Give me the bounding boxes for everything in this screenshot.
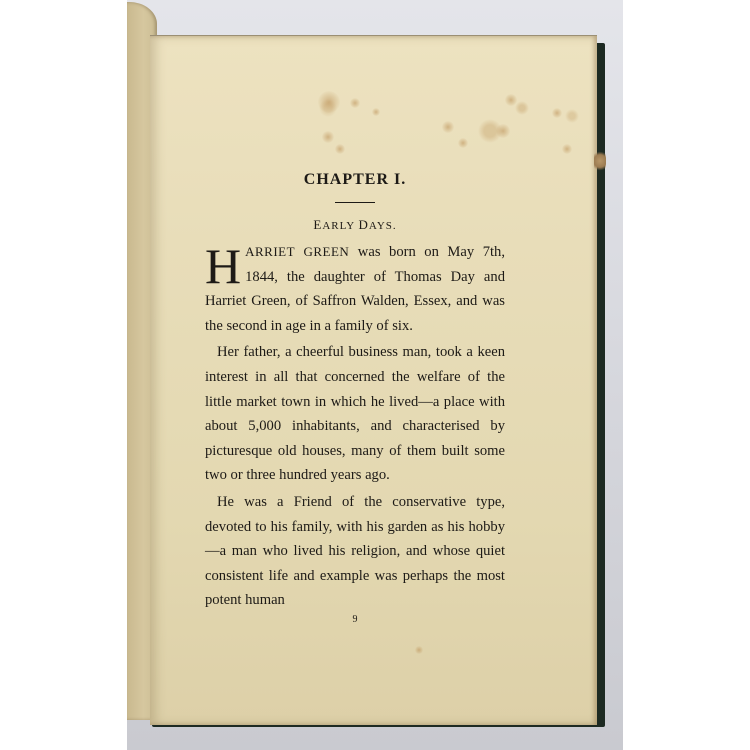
paragraph-3: He was a Friend of the conservative type…: [205, 490, 505, 613]
section-title-part: ARLY: [322, 220, 358, 232]
foxing-stain: [496, 124, 510, 138]
foxing-stain: [562, 144, 572, 154]
page-number: 9: [205, 614, 505, 625]
foxing-stain: [350, 98, 360, 108]
drop-cap: H: [205, 244, 241, 286]
section-title-initial: D: [359, 217, 369, 232]
photo-scene: CHAPTER I. EARLY DAYS. HARRIET GREEN was…: [0, 0, 750, 750]
page-text: CHAPTER I. EARLY DAYS. HARRIET GREEN was…: [205, 168, 505, 613]
foxing-stain: [318, 91, 340, 113]
chapter-heading: CHAPTER I.: [205, 168, 505, 192]
foxing-stain: [335, 144, 345, 154]
section-title: EARLY DAYS.: [205, 215, 505, 236]
foxing-stain: [458, 138, 468, 148]
paragraph-1: HARRIET GREEN was born on May 7th, 1844,…: [205, 240, 505, 338]
heading-rule: [335, 202, 375, 203]
foxing-stain: [415, 646, 423, 654]
foxing-stain: [552, 108, 562, 118]
paragraph-2: Her father, a cheerful business man, too…: [205, 340, 505, 488]
foxing-stain: [322, 131, 334, 143]
foxing-stain: [442, 121, 454, 133]
opening-name: ARRIET GREEN: [245, 244, 349, 259]
frayed-page-edge: [594, 150, 606, 172]
section-title-initial: E: [313, 217, 322, 232]
foxing-stain: [372, 108, 380, 116]
section-title-part: AYS.: [369, 220, 397, 232]
foxing-stain: [505, 94, 517, 106]
